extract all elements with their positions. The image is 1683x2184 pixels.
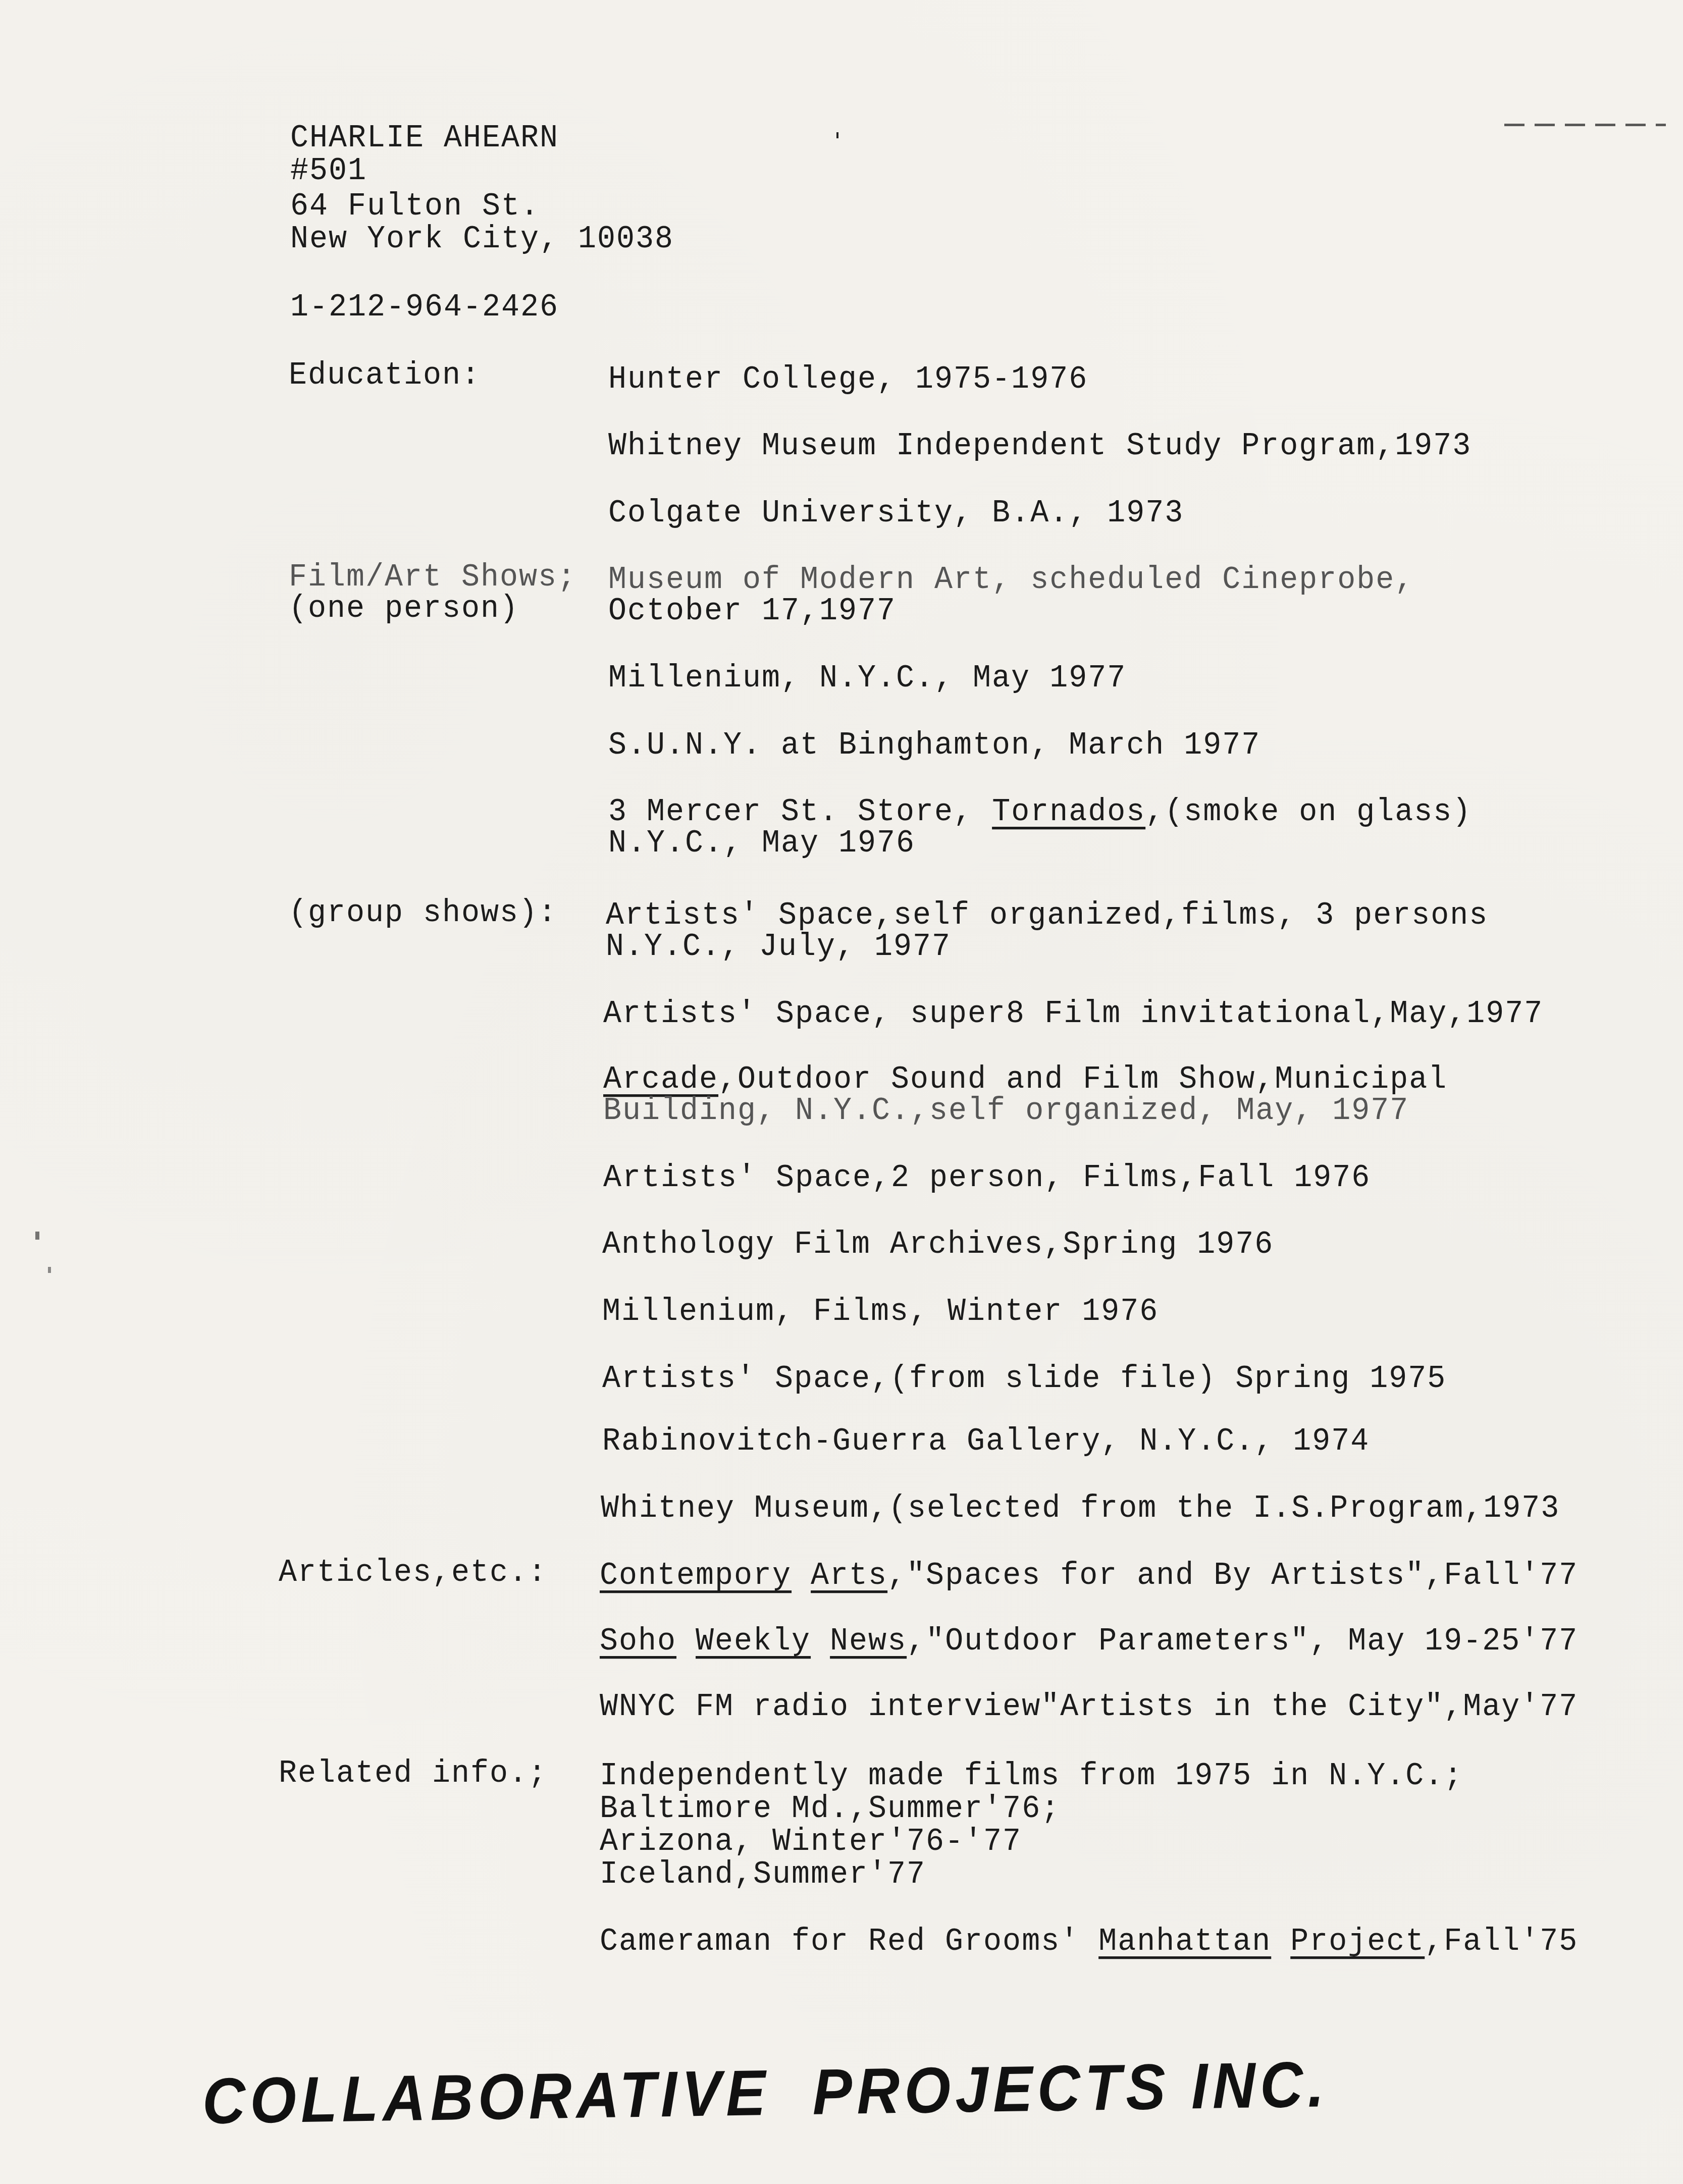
related-info-line: Baltimore Md.,Summer'76;: [600, 1792, 1060, 1827]
article-text: ,"Outdoor Parameters", May 19-25'77: [907, 1624, 1578, 1660]
cameraman-credit: Cameraman for Red Grooms' Manhattan Proj…: [600, 1925, 1578, 1959]
publication-name: Soho: [600, 1624, 676, 1660]
apartment-number: #501: [290, 154, 367, 189]
show-item: Museum of Modern Art, scheduled Cineprob…: [608, 563, 1414, 598]
city-zip: New York City, 10038: [290, 222, 674, 257]
group-show-item-date: N.Y.C., July, 1977: [606, 930, 951, 965]
paper-speck: [35, 1232, 39, 1240]
film-art-shows-label: Film/Art Shows;: [289, 560, 576, 595]
publication-name: Contempory: [600, 1558, 792, 1594]
credit-text: ,Fall'75: [1425, 1924, 1578, 1960]
street-address: 64 Fulton St.: [290, 189, 540, 224]
group-show-item: Millenium, Films, Winter 1976: [602, 1295, 1159, 1329]
credit-text: Cameraman for Red Grooms': [600, 1924, 1098, 1960]
paper-speck: [48, 1267, 51, 1273]
publication-name: News: [830, 1624, 907, 1660]
group-show-item: Anthology Film Archives,Spring 1976: [602, 1228, 1274, 1262]
article-item: Soho Weekly News,"Outdoor Parameters", M…: [600, 1624, 1578, 1659]
article-item: Contempory Arts,"Spaces for and By Artis…: [600, 1559, 1578, 1593]
work-title: Manhattan: [1098, 1924, 1271, 1960]
article-text: ,"Spaces for and By Artists",Fall'77: [887, 1558, 1578, 1594]
group-show-item: Artists' Space,self organized,films, 3 p…: [606, 898, 1488, 933]
group-show-item: Artists' Space,2 person, Films,Fall 1976: [603, 1161, 1371, 1196]
show-item-date: N.Y.C., May 1976: [608, 826, 915, 861]
applicant-name: CHARLIE AHEARN: [290, 121, 559, 156]
paper-speck: [836, 132, 838, 138]
education-label: Education:: [289, 358, 481, 393]
related-info-line: Independently made films from 1975 in N.…: [600, 1759, 1463, 1794]
work-title-tornados: Tornados: [992, 794, 1145, 830]
group-show-item-date: Building, N.Y.C.,self organized, May, 19…: [603, 1094, 1409, 1129]
group-show-item: Rabinovitch-Guerra Gallery, N.Y.C., 1974: [602, 1424, 1370, 1459]
article-item: WNYC FM radio interview"Artists in the C…: [600, 1690, 1578, 1725]
publication-name: Weekly: [696, 1624, 811, 1660]
show-item-date: October 17,1977: [608, 594, 896, 629]
group-show-item: Artists' Space, super8 Film invitational…: [603, 997, 1543, 1032]
related-info-label: Related info.;: [279, 1756, 547, 1791]
phone-number: 1-212-964-2426: [290, 290, 559, 325]
related-info-line: Arizona, Winter'76-'77: [600, 1825, 1022, 1859]
show-item-text: ,(smoke on glass): [1145, 794, 1471, 830]
group-shows-label: (group shows):: [289, 896, 557, 931]
publication-name: Arts: [811, 1558, 887, 1594]
resume-page: CHARLIE AHEARN #501 64 Fulton St. New Yo…: [0, 0, 1683, 2184]
education-item: Colgate University, B.A., 1973: [608, 496, 1184, 531]
education-item: Hunter College, 1975-1976: [608, 362, 1088, 397]
group-show-item: Artists' Space,(from slide file) Spring …: [602, 1362, 1446, 1397]
organization-letterhead: COLLABORATIVE PROJECTS INC.: [202, 2047, 1329, 2139]
stray-typed-marks: [1504, 124, 1666, 126]
related-info-line: Iceland,Summer'77: [600, 1857, 926, 1892]
one-person-label: (one person): [289, 592, 519, 626]
show-item-text: 3 Mercer St. Store,: [608, 794, 992, 830]
group-show-item: Whitney Museum,(selected from the I.S.Pr…: [601, 1491, 1560, 1526]
articles-label: Articles,etc.:: [279, 1556, 547, 1590]
group-show-text: ,Outdoor Sound and Film Show,Municipal: [718, 1062, 1447, 1098]
group-show-item: Arcade,Outdoor Sound and Film Show,Munic…: [603, 1062, 1447, 1097]
work-title-arcade: Arcade: [603, 1062, 718, 1098]
education-item: Whitney Museum Independent Study Program…: [608, 429, 1471, 464]
work-title: Project: [1290, 1924, 1425, 1960]
show-item: Millenium, N.Y.C., May 1977: [608, 661, 1126, 696]
show-item: S.U.N.Y. at Binghamton, March 1977: [608, 728, 1260, 763]
show-item: 3 Mercer St. Store, Tornados,(smoke on g…: [608, 795, 1471, 830]
